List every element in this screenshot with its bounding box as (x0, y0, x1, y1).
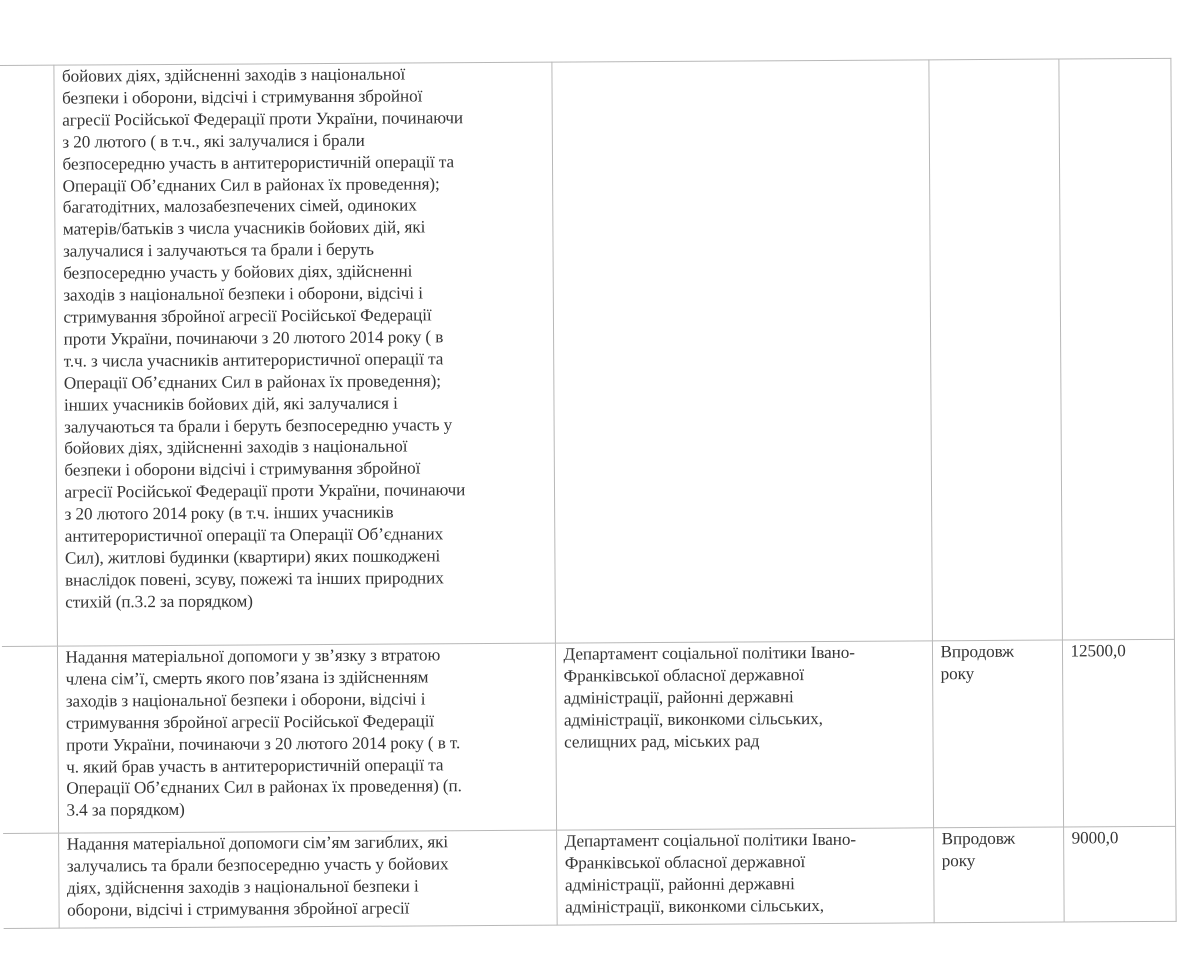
table-row: бойових діях, здійсненні заходів з націо… (0, 58, 1174, 646)
measure-description-cell: бойових діях, здійсненні заходів з націо… (53, 62, 555, 646)
table-row: Надання матеріальної допомоги сім’ям заг… (3, 826, 1176, 928)
measure-description: Надання матеріальної допомоги у зв’язку … (65, 645, 461, 820)
responsible-executor-cell: Департамент соціальної політики Івано- Ф… (556, 828, 934, 925)
row-number-cell (2, 646, 58, 833)
funding-amount-cell: 9000,0 (1063, 826, 1176, 922)
measure-description-cell: Надання матеріальної допомоги у зв’язку … (57, 643, 556, 833)
measure-description-cell: Надання матеріальної допомоги сім’ям заг… (58, 830, 557, 928)
document-page: бойових діях, здійсненні заходів з націо… (0, 0, 1200, 973)
funding-amount: 12500,0 (1070, 641, 1125, 660)
program-measures-table: бойових діях, здійсненні заходів з націо… (0, 58, 1176, 929)
responsible-executor-cell: Департамент соціальної політики Івано- Ф… (555, 641, 933, 830)
responsible-executor: Департамент соціальної політики Івано- Ф… (565, 830, 856, 916)
funding-amount: 9000,0 (1072, 828, 1119, 847)
measure-description: бойових діях, здійсненні заходів з націо… (62, 65, 465, 612)
execution-term-cell (928, 59, 1062, 641)
execution-term: Впродовж року (940, 642, 1014, 683)
row-number-cell (0, 65, 57, 646)
responsible-executor-cell (551, 60, 932, 643)
measure-description: Надання матеріальної допомоги сім’ям заг… (67, 832, 449, 919)
execution-term-cell: Впродовж року (933, 827, 1064, 923)
execution-term: Впродовж року (942, 829, 1016, 870)
responsible-executor: Департамент соціальної політики Івано- Ф… (563, 643, 854, 751)
table-row: Надання матеріальної допомоги у зв’язку … (2, 639, 1175, 833)
funding-amount-cell (1058, 58, 1174, 640)
funding-amount-cell: 12500,0 (1062, 639, 1175, 827)
execution-term-cell: Впродовж року (932, 640, 1063, 828)
row-number-cell (3, 833, 59, 928)
